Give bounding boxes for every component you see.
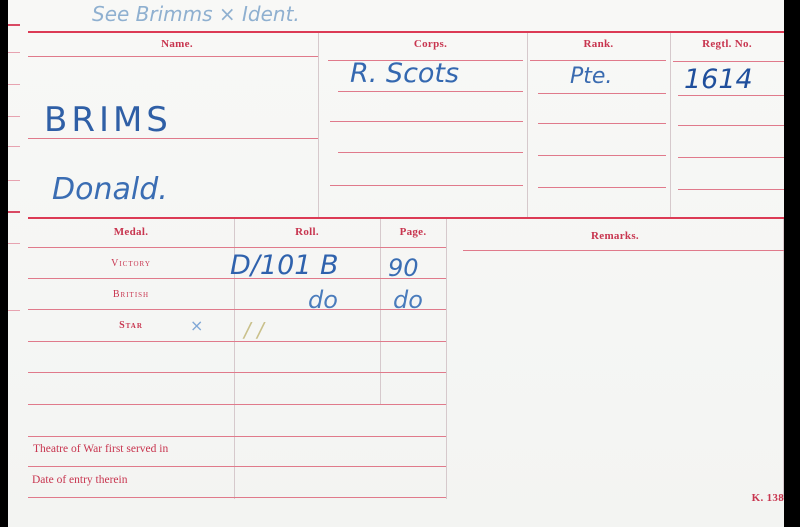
medal-label-british: British [28,289,234,300]
column-divider [783,219,784,499]
header-label-name: Name. [28,38,326,50]
margin-tick [8,116,20,117]
margin-tick [8,180,20,181]
victory-page-value: 90 [388,254,419,282]
victory-roll-value: D/101 B [230,250,339,281]
ruled-line [28,341,446,342]
ruled-line [530,60,666,61]
header-label-medal: Medal. [28,226,234,238]
theatre-of-war-label: Theatre of War first served in [33,443,168,455]
ruled-line [673,61,784,62]
ruled-line [28,404,446,405]
ruled-line [538,187,666,188]
ruled-line [678,125,784,126]
margin-tick [8,84,20,85]
ruled-line [678,95,784,96]
column-divider [446,219,447,499]
header-label-corps: Corps. [326,38,535,50]
ruled-line [28,56,318,57]
header-label-remarks: Remarks. [446,230,784,242]
ruled-line [338,91,523,92]
medal-section-top-rule [28,217,784,219]
ruled-line [28,466,446,467]
ruled-line [330,121,523,122]
rank-value: Pte. [570,64,612,89]
header-label-rank: Rank. [527,38,670,50]
cross-reference-annotation: See Brimms × Ident. [92,2,300,26]
ruled-line [538,93,666,94]
header-label-regtl-no: Regtl. No. [670,38,784,50]
ruled-line [338,152,523,153]
medal-index-card: See Brimms × Ident. Name. Corps. Rank. R… [8,0,784,527]
star-roll-value: / / [244,318,264,342]
ruled-line [538,123,666,124]
medal-label-victory: Victory [28,258,234,269]
column-divider [318,33,319,218]
regtl-no-value: 1614 [684,64,753,95]
surname-value: BRIMS [44,100,172,140]
margin-tick [8,310,20,311]
margin-tick [8,146,20,147]
header-label-roll: Roll. [234,226,380,238]
column-divider [670,33,671,218]
ruled-line [28,497,446,498]
ruled-line [28,309,446,310]
header-label-page: Page. [380,226,446,238]
ruled-line [538,155,666,156]
ruled-line [678,157,784,158]
forename-value: Donald. [52,172,168,207]
column-divider [527,33,528,218]
margin-tick [8,24,20,26]
corps-value: R. Scots [350,58,459,89]
star-mark: × [190,316,203,335]
form-number: K. 138 [720,492,784,504]
ruled-line [28,436,446,437]
margin-tick [8,243,20,244]
ruled-line [463,250,784,251]
date-of-entry-label: Date of entry therein [32,474,127,486]
british-page-value: do [393,286,423,314]
ruled-line [330,185,523,186]
british-roll-value: do [308,286,338,314]
margin-tick [8,52,20,53]
ruled-line [28,372,446,373]
ruled-line [678,189,784,190]
margin-tick [8,211,20,213]
ruled-line [28,247,446,248]
